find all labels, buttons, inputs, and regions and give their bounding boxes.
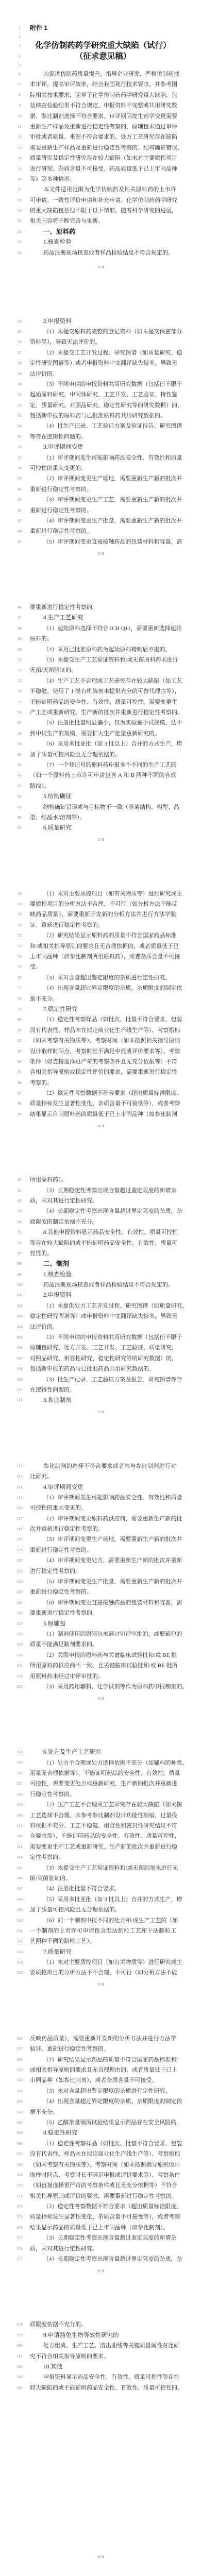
line-number: 12: [15, 132, 24, 142]
line-text: （如一个原料药上市许可申请包含 A 和 B 两种不同的合成: [30, 770, 176, 781]
document: 1附件 123化学仿制药药学研究重大缺陷（试行）4（征求意见稿）56为促进仿制药…: [0, 0, 202, 2576]
line-number: 151: [15, 1926, 24, 1936]
line-number: 92: [15, 1196, 24, 1206]
line-text: 原料的。: [30, 634, 176, 644]
document-page: 156反映药品质量），需要重新开发新的分析方法并进行方法学157验证、重新进行稳…: [0, 2004, 202, 2290]
line-text: （3）长期稳定性考察出现含量超过鉴定限度的新增杂: [30, 1185, 176, 1196]
line-text: （1）未对主要质控项目（如有关物质等）进行研究或主: [30, 889, 176, 899]
line-number: 75: [15, 962, 24, 972]
line-text: （4）生产工艺不合理或工艺研究存在较大缺陷（如工艺: [30, 676, 176, 686]
document-line: 181究不符合相关指导原则的要求。: [0, 2351, 202, 2362]
line-number: 167: [15, 2149, 24, 2159]
page-lines: 46要重新进行稳定性考察的。474.生产工艺研究48（1）起始原料选择不符合 I…: [0, 602, 202, 834]
document-line: 98二、制剂: [0, 1259, 202, 1269]
line-text: 参比制剂的选择不符合要求或者未与参比制剂进行对: [30, 1461, 176, 1471]
document-line: 18可申请、一致性评价申请和补充申请。化学仿制药药学研究: [0, 195, 202, 206]
document-line: 16等）等多种情形。: [0, 174, 202, 184]
line-number: 46: [15, 602, 24, 613]
line-number: 120: [15, 1545, 24, 1555]
line-text: （4）出现含量超过界定限度的杂质，杂质限度的制定依: [30, 2096, 176, 2107]
line-text: 受。: [30, 962, 176, 972]
line-number: 131: [15, 1660, 24, 1671]
line-text: （3）采用药用辅料、化学试剂等作为原料药申报制剂的。: [30, 1682, 176, 1692]
line-number: 15: [15, 164, 24, 174]
line-text: （1）未对主要质控项目（如有关物质等）进行研究或主: [30, 1957, 176, 1968]
line-number: 36: [15, 442, 24, 452]
line-text: （2）审评期间变更生产场地，需要重新生产新的批次并: [30, 473, 176, 484]
document-line: 150（6）同一个制剂申报不同的处方和/或生产工艺的（如: [0, 1916, 202, 1926]
line-text: （3）审评期间变更生产工艺，需要重新生产新的批次并: [30, 495, 176, 505]
line-number: 68: [15, 889, 24, 899]
document-line: 46要重新进行稳定性考察的。: [0, 602, 202, 613]
line-text: 一个制剂的上市许可申请包含湿法制粒工艺和干法制粒工: [30, 1926, 176, 1936]
document-line: 86考察的。: [0, 1078, 202, 1088]
document-line: 118次并重新进行稳定性考察的。: [0, 1524, 202, 1534]
line-text: 或相关指导原则的要求且无合理理由的，或者质量低于已上: [30, 2065, 176, 2075]
line-text: （2）研究结果显示药品的质量不符合国家药品标准和/: [30, 2055, 176, 2065]
document-line: 124重新进行稳定性考察的。: [0, 1587, 202, 1597]
document-line: 116可控性的重大变更的。: [0, 1503, 202, 1513]
document-line: 33包括新申报的原料药与已批准原料药共用研究数据的。: [0, 411, 202, 421]
line-text: 化学仿制药药学研究重大缺陷（试行）: [30, 40, 176, 52]
line-number: 177: [15, 2254, 24, 2264]
document-line: 61（7）一个登记号的原料药申报多个不同的生产工艺的: [0, 760, 202, 770]
document-line: 26资料等），导致无法评价的。: [0, 337, 202, 347]
line-number: 25: [15, 327, 24, 337]
line-number: 88: [15, 1098, 24, 1109]
document-line: 1144.审评期间变更: [0, 1482, 202, 1493]
line-number: 144: [15, 1852, 24, 1862]
line-text: 质，未对其进行定性研究。: [30, 1196, 176, 1206]
line-text: 用原料药未经过审评审批的。: [30, 1671, 176, 1682]
line-number: 98: [15, 1259, 24, 1269]
line-text: 8.稳定性研究: [30, 2128, 176, 2138]
document-line: 184较大缺陷的或不能证明药品安全性、有效性、质量可控性的。: [0, 2383, 202, 2393]
document-line: 161（3）未对含量超出鉴定限度的杂质进行定性研究。: [0, 2086, 202, 2096]
line-text: （1）稳定性考察样品（如批次、批量不符合要求、包装: [30, 2139, 176, 2149]
document-line: 50（2）采用已批准原料药为起始原料精制后申报的。: [0, 645, 202, 655]
line-text: （1）审评期间发生可能影响药品安全性、有效性和质量: [30, 453, 176, 463]
document-line: 75受。: [0, 962, 202, 972]
document-line: 15进行研究、杂质含量不可接受、药品质量低于已上市同品种: [0, 164, 202, 174]
line-text: 合相关指导原则或稳定性评价的要求，需要重新进行稳定性: [30, 1067, 176, 1077]
document-line: 177（4）长期稳定性考察出现含量超过界定限度的杂质，杂: [0, 2254, 202, 2264]
document-line: 57（5）注册批批量明显偏小，仅为实验室小试规模，达不: [0, 718, 202, 728]
line-text: 所用原料药）。: [30, 1175, 176, 1185]
line-text: 可控性的重大变更的。: [30, 1503, 176, 1513]
line-text: 到中试生产的规模，需要扩大生产批量重新研究的。: [30, 728, 176, 739]
document-line: 60加了质量可控风险且无合理依据的。: [0, 750, 202, 760]
document-line: 141料依据不充分、工艺不稳健、相容性和密封性研究结果不符: [0, 1821, 202, 1831]
line-text: 申报资料显示药品安全性、有效性、质量可控性等存在: [30, 2372, 176, 2382]
page-lines: 1346.处方及生产工艺研究135（1）处方不合理或处方选择依据不充分（如辅料的…: [0, 1747, 202, 1978]
line-text: （4）长期稳定性考察出现含量超过界定限度的杂质，杂: [30, 2254, 176, 2264]
document-line: 77（4）出现含量超过界定限度的杂质，杂质限度的制定依: [0, 983, 202, 993]
document-line: 83设计取样时间点、考察时长不满足申报或评价要求等）、考察: [0, 1046, 202, 1057]
line-text: 据不充分。: [30, 994, 176, 1004]
line-number: 123: [15, 1577, 24, 1587]
line-text: 加了质量可控风险且无合理依据的。: [30, 1905, 176, 1915]
line-text: 质量指标发生显著性变化、杂质含量不可接受等），或者考察: [30, 2212, 176, 2222]
document-line: 163据不充分。: [0, 2107, 202, 2117]
document-line: 93（4）长期稳定性考察出现含量超过界定限度的杂质，杂: [0, 1206, 202, 1216]
line-text: （5）审评期间变更生产批量，需要重新生产新的批次并: [30, 1577, 176, 1587]
document-line: 140工艺选择不合理、未参考参比制剂设计功能性刻痕、过量投: [0, 1810, 202, 1821]
document-page: 178质限度依据不充分的。1799.申请豁免生物等效性研究的180处方组成、生产…: [0, 2290, 202, 2576]
document-line: 363.审评期间变更: [0, 442, 202, 452]
document-line: 103稳定性研究图谱等）或申报资料中文翻译缺失较多，导致无: [0, 1311, 202, 1321]
line-text: 附件 1: [30, 24, 176, 32]
line-number: 16: [15, 174, 24, 184]
document-line: 171相关指导原则或评价的要求，需要重新进行稳定性考察的。: [0, 2191, 202, 2201]
line-number: 50: [15, 645, 24, 655]
document-line: 9括核查检验结果不符合规定、申报资料不完整或共用研究数: [0, 100, 202, 111]
document-line: 142合要求等），不能证明药品的安全性、有效性、质量可控性，: [0, 1831, 202, 1841]
line-text: （如直接选择更严苛的考察条件或且无充分依据等）不符合: [30, 2180, 176, 2191]
line-number: 81: [15, 1025, 24, 1036]
line-text: 6.质量研究: [30, 823, 176, 833]
line-text: （6）采用多批亚批（如 3 批以上）合并的方式生产，增: [30, 739, 176, 749]
line-number: 183: [15, 2372, 24, 2382]
document-line: 8际相关技术要求，起草了化学仿制药药学研究重大缺陷，包: [0, 90, 202, 100]
line-text: 际相关技术要求，起草了化学仿制药药学研究重大缺陷，包: [30, 90, 176, 100]
line-number: 119: [15, 1534, 24, 1545]
line-number: 141: [15, 1821, 24, 1831]
document-line: 1346.处方及生产工艺研究: [0, 1747, 202, 1757]
document-line: 85合相关指导原则或稳定性评价的要求，需要重新进行稳定性: [0, 1067, 202, 1077]
document-line: 14质量研究及稳定性研究存在较大缺陷（如未对主要质控项目: [0, 153, 202, 163]
document-line: 178质限度依据不充分的。: [0, 2319, 202, 2330]
line-text: 法评价的。: [30, 1322, 176, 1332]
document-line: 80（1）稳定性考察样品（如批次、批量不符合要求、包装: [0, 1014, 202, 1025]
document-line: 38可控性的重大变更的。: [0, 463, 202, 473]
document-line: 28定性研究图谱等）或者申报资料中文翻译缺失较多，导致无: [0, 358, 202, 368]
line-number: 157: [15, 2044, 24, 2054]
line-number: 26: [15, 337, 24, 347]
line-number: 163: [15, 2107, 24, 2117]
line-text: （3）未提交生产工艺验证资料和/或无菌原料药未进行: [30, 655, 176, 665]
line-text: 进行稳定性考察的。: [30, 1566, 176, 1577]
line-number: 1: [15, 24, 24, 32]
line-number: 153: [15, 1947, 24, 1957]
document-line: 12审批或者质量、来源不符合要求的、处方工艺研究存在缺陷: [0, 132, 202, 142]
document-line: 62（如一个原料药上市许可申请包含 A 和 B 两种不同的合成: [0, 770, 202, 781]
line-text: 验证、重新进行稳定性考察的。: [30, 2044, 176, 2054]
line-text: 重新进行稳定性考察的。: [30, 1587, 176, 1597]
line-number: 5: [15, 61, 24, 69]
document-line: 84条件（如直接选择更严苛的考察条件且无充分依据等）不符: [0, 1057, 202, 1067]
document-line: 48（1）起始原料选择不符合 ICH Q11，需要重新选择起始: [0, 623, 202, 634]
line-number: 154: [15, 1957, 24, 1968]
line-number: 74: [15, 952, 24, 962]
line-number: 58: [15, 728, 24, 739]
line-number: 100: [15, 1280, 24, 1290]
line-text: 2.申报资料: [30, 316, 176, 327]
document-line: 7术审评，提高审评效率，结合我国现行技术要求，并参考国: [0, 79, 202, 90]
line-number: 42: [15, 505, 24, 516]
line-text: 要重新进行稳定性考察的。: [30, 1608, 176, 1618]
page-lines: 1附件 123化学仿制药药学研究重大缺陷（试行）4（征求意见稿）56为促进仿制药…: [0, 24, 202, 258]
line-text: 控性的。: [30, 1248, 176, 1259]
line-number: 52: [15, 665, 24, 675]
document-line: 123（5）审评期间变更生产批量，需要重新生产新的批次并: [0, 1577, 202, 1587]
document-line: 110在逻辑性问题的。: [0, 1385, 202, 1395]
page-number: 5/9: [0, 1410, 202, 1414]
line-number: 59: [15, 739, 24, 749]
line-number: 109: [15, 1375, 24, 1385]
line-number: 41: [15, 495, 24, 505]
document-line: 76（3）未对含量超出鉴定限度的杂质进行定性研究。: [0, 973, 202, 983]
document-line: 131所用原料药供应商不一致，且关键临床试验批和/或 BE 批所: [0, 1660, 202, 1671]
document-line: 645.结构确证: [0, 791, 202, 802]
line-text: 4.生产工艺研究: [30, 613, 176, 623]
document-line: 162（4）出现含量超过界定限度的杂质，杂质限度的制定依: [0, 2096, 202, 2107]
line-number: 175: [15, 2233, 24, 2243]
line-text: 处方组成、生产工艺、溶出曲线等关键质量属性对比研: [30, 2341, 176, 2351]
document-line: 138行稳定性考察的。: [0, 1789, 202, 1800]
line-text: 等存在较大缺陷的或不能证明药品安全性、有效性、质量可: [30, 1238, 176, 1248]
line-text: 映药品质量），需要重新开发新的分析方法并进行方法学验: [30, 909, 176, 920]
line-text: （3）未提交生产工艺验证资料和/或无菌制剂未进行无: [30, 1863, 176, 1873]
document-line: 20相关内容将不断完善与更新。: [0, 216, 202, 226]
document-line: 1012.申报资料: [0, 1290, 202, 1300]
document-line: 89结果显示自制原料药的质量低于已上市同品种（如参比制剂: [0, 1109, 202, 1120]
page-number: 7/9: [0, 1982, 202, 1987]
document-line: 74上市同品种（如参比制剂所用原料药），或者杂质含量不可接: [0, 952, 202, 962]
document-line: 108包括新申报的药品与已批准药品共用研究数据的。: [0, 1364, 202, 1374]
line-text: （4）批生产记录、工艺验证方案及验证报告、研究图谱: [30, 421, 176, 431]
line-text: 1.核查检验: [30, 1269, 176, 1280]
line-text: 可申请、一致性评价申请和补充申请。化学仿制药药学研究: [30, 195, 176, 206]
line-number: 78: [15, 994, 24, 1004]
line-number: 77: [15, 983, 24, 993]
document-line: 105（2）不同申请的申报资料共用研究数据（包括但不限于: [0, 1332, 202, 1343]
line-number: 28: [15, 358, 24, 368]
document-line: 73和/或相关指导原则的要求且无合理依据的，或者质量低于已: [0, 941, 202, 952]
document-line: 180处方组成、生产工艺、溶出曲线等关键质量属性对比研: [0, 2341, 202, 2351]
line-number: 47: [15, 613, 24, 623]
line-text: 上市同品种（如参比制剂所用原料药），或者杂质含量不可接: [30, 952, 176, 962]
document-line: 168（如未考察有关物质等）、考察时间（如未按照指导原则设计: [0, 2160, 202, 2170]
line-number: 152: [15, 1936, 24, 1946]
line-number: 99: [15, 1269, 24, 1280]
line-text: （4）注册批批量不符合要求。: [30, 1884, 176, 1894]
document-line: 166（1）稳定性考察样品（如批次、批量不符合要求、包装: [0, 2139, 202, 2149]
document-line: 44重新进行稳定性考察的。: [0, 526, 202, 536]
document-line: 19的重大缺陷包括但不限于以下情形，随着科学研究的进展，: [0, 206, 202, 216]
line-text: 质量研究及稳定性研究存在较大缺陷（如未对主要质控项目: [30, 153, 176, 163]
line-text: 4.审评期间变更: [30, 1482, 176, 1493]
document-line: 72（2）研究结果显示原料药的质量不符合国家药品标准: [0, 930, 202, 941]
line-number: 60: [15, 750, 24, 760]
line-text: 7.质量研究: [30, 1947, 176, 1957]
line-number: 140: [15, 1810, 24, 1821]
document-line: 160市同品种（如参比制剂），或者杂质含量不可接受。: [0, 2075, 202, 2086]
document-line: 174结果显示药品的质量低于已上市同品种（如参比制剂）。: [0, 2223, 202, 2233]
line-number: 38: [15, 463, 24, 473]
line-number: 135: [15, 1758, 24, 1768]
line-number: 155: [15, 1968, 24, 1978]
line-number: 85: [15, 1067, 24, 1077]
line-text: 结构确证错误或与目标物不一致（骨架结构、构型、晶: [30, 802, 176, 812]
line-number: 94: [15, 1217, 24, 1227]
document-line: 128（1）制剂使用的原辅包未通过审评审批的，或原辅包的: [0, 1629, 202, 1639]
line-number: 22: [15, 237, 24, 247]
document-line: 3化学仿制药药学研究重大缺陷（试行）: [0, 40, 202, 52]
document-page: 68（1）未对主要质控项目（如有关物质等）进行研究或主69要质控项目的分析方法不…: [0, 859, 202, 1145]
line-number: 106: [15, 1343, 24, 1353]
line-text: （6）同一个制剂申报不同的处方和/或生产工艺的（如: [30, 1916, 176, 1926]
line-text: （5）乙醇剂量倾泻试验结果显示药品存在安全风险的。: [30, 2117, 176, 2128]
line-text: （如未考察有关物质等）、考察时间（如未按照相关指导原则: [30, 1036, 176, 1046]
line-number: 39: [15, 473, 24, 484]
line-number: 176: [15, 2244, 24, 2254]
line-number: 115: [15, 1493, 24, 1503]
line-text: 3.审评期间变更: [30, 442, 176, 452]
line-number: 138: [15, 1789, 24, 1800]
document-line: 122进行稳定性考察的。: [0, 1566, 202, 1577]
line-number: 83: [15, 1046, 24, 1057]
document-line: 100药品注册现场核查或者样品检验结果不符合规定的。: [0, 1280, 202, 1290]
document-line: 29法评价的。: [0, 369, 202, 379]
line-text: 1.核查检验: [30, 237, 176, 247]
line-text: 可控性，需要变更处方或重新研究、生产新的批次并重新进: [30, 1778, 176, 1789]
line-number: 62: [15, 770, 24, 781]
line-number: 159: [15, 2065, 24, 2075]
line-number: 32: [15, 400, 24, 411]
document-line: 183申报资料显示药品安全性、有效性、质量可控性等存在: [0, 2372, 202, 2382]
line-text: （3）未对含量超出鉴定限度的杂质进行定性研究。: [30, 2086, 176, 2096]
line-text: （1）未提交原料药完整的登记资料（如未提交保密部分: [30, 327, 176, 337]
line-text: 法评价的。: [30, 369, 176, 379]
line-number: 122: [15, 1566, 24, 1577]
line-number: 104: [15, 1322, 24, 1332]
document-line: 156反映药品质量），需要重新开发新的分析方法并进行方法学: [0, 2033, 202, 2044]
line-number: 169: [15, 2170, 24, 2180]
line-text: 合要求等），不能证明药品的安全性、有效性、质量可控性，: [30, 1831, 176, 1841]
line-number: 67: [15, 823, 24, 833]
line-text: 菌/灭菌验证的。: [30, 1873, 176, 1884]
line-number: 150: [15, 1916, 24, 1926]
document-line: 109（3）批生产记录、工艺验证方案及报告、研究图谱等存: [0, 1375, 202, 1385]
document-line: 1附件 1: [0, 24, 202, 32]
line-text: （2）研究结果显示原料药的质量不符合国家药品标准: [30, 930, 176, 941]
line-number: 108: [15, 1364, 24, 1374]
line-text: 重新进行稳定性考察的。: [30, 484, 176, 495]
page-number: 4/9: [0, 1124, 202, 1128]
document-line: 157验证、重新进行稳定性考察的。: [0, 2044, 202, 2054]
line-text: 没有代表性、样品未在拟定商业化生产线生产等）、考察指标: [30, 2149, 176, 2159]
document-line: 63路线）。: [0, 781, 202, 791]
line-number: 139: [15, 1800, 24, 1810]
line-text: 质限度的制定依据不充分。: [30, 1217, 176, 1227]
line-number: 65: [15, 802, 24, 812]
document-line: 164（5）乙醇剂量倾泻试验结果显示药品存在安全风险的。: [0, 2117, 202, 2128]
line-number: 86: [15, 1078, 24, 1088]
document-line: 51（3）未提交生产工艺验证资料和/或无菌原料药未进行: [0, 655, 202, 665]
line-text: 证、重新进行稳定性考察的。: [30, 920, 176, 930]
document-line: 106原辅包研究、处方开发、工艺开发、工艺验证、质量研究、: [0, 1343, 202, 1353]
line-number: 174: [15, 2223, 24, 2233]
document-line: 21一、原料药: [0, 227, 202, 237]
line-text: 在逻辑性问题的。: [30, 1385, 176, 1395]
document-line: 147（4）注册批批量不符合要求。: [0, 1884, 202, 1894]
line-number: 128: [15, 1629, 24, 1639]
line-number: 143: [15, 1842, 24, 1852]
document-line: 92质，未对其进行定性研究。: [0, 1196, 202, 1206]
document-line: 31起始原料研究、中间体研究、工艺开发、工艺验证、特性鉴: [0, 389, 202, 400]
line-text: （1）处方不合理或处方选择依据不充分（如辅料的种类、: [30, 1758, 176, 1768]
line-number: 111: [15, 1395, 24, 1405]
line-text: （1）起始原料选择不符合 ICH Q11，需要重新选择起始: [30, 623, 176, 634]
line-text: （7）一个登记号的原料药申报多个不同的生产工艺的: [30, 760, 176, 770]
document-line: 23药品注册现场核查或者样品检验结果不符合规定的。: [0, 248, 202, 258]
line-text: 究不符合相关指导原则的要求。: [30, 2351, 176, 2362]
document-page: 90所用原料药）。91（3）长期稳定性考察出现含量超过鉴定限度的新增杂92质，未…: [0, 1145, 202, 1431]
line-number: 48: [15, 623, 24, 634]
line-number: 37: [15, 453, 24, 463]
document-line: 135（1）处方不合理或处方选择依据不充分（如辅料的种类、: [0, 1758, 202, 1768]
document-page: 1附件 123化学仿制药药学研究重大缺陷（试行）4（征求意见稿）56为促进仿制药…: [0, 0, 202, 286]
line-text: （如未考察有关物质等）、考察时间（如未按照指导原则设计: [30, 2160, 176, 2170]
line-number: 71: [15, 920, 24, 930]
line-text: 行稳定性考察的。: [30, 1789, 176, 1800]
line-text: 要重新进行稳定性考察的。: [30, 602, 176, 613]
line-number: 130: [15, 1650, 24, 1660]
document-line: 32定、质量研究、对照品研究、稳定性研究等的研究数据）的，: [0, 400, 202, 411]
line-number: 69: [15, 899, 24, 909]
line-number: 161: [15, 2086, 24, 2096]
page-number: 9/9: [0, 2554, 202, 2559]
document-line: 91（3）长期稳定性考察出现含量超过鉴定限度的新增杂: [0, 1185, 202, 1196]
document-line: 39（2）审评期间变更生产场地，需要重新生产新的批次并: [0, 473, 202, 484]
document-line: 119（3）审评期间变更生产场地，需要重新生产新的批次并: [0, 1534, 202, 1545]
line-number: 73: [15, 941, 24, 952]
line-number: 93: [15, 1206, 24, 1216]
document-line: 144定性考察的。: [0, 1852, 202, 1862]
document-line: 130（2）关联申报的原料药与关键临床试验批和/或 BE 批: [0, 1650, 202, 1660]
line-number: 13: [15, 143, 24, 153]
line-number: 57: [15, 718, 24, 728]
document-line: 120重新进行稳定性考察的。: [0, 1545, 202, 1555]
document-line: 112参比制剂的选择不符合要求或者未与参比制剂进行对: [0, 1461, 202, 1471]
line-text: 包括新申报的药品与已批准药品共用研究数据的。: [30, 1364, 176, 1374]
line-text: （3）不同申请的申报资料共用研究数据（包括但不限于: [30, 379, 176, 389]
line-number: 11: [15, 122, 24, 132]
page-lines: 156反映药品质量），需要重新开发新的分析方法并进行方法学157验证、重新进行稳…: [0, 2033, 202, 2265]
document-line: 45（5）审评期间变更直接接触药品的包装材料和容器，需: [0, 537, 202, 547]
document-line: 69要质控项目的分析方法不合理、不可行（如分析方法不能反: [0, 899, 202, 909]
line-number: 4: [15, 52, 24, 61]
line-text: 5.原辅包: [30, 1619, 176, 1629]
line-number: 80: [15, 1014, 24, 1025]
document-line: 42重新进行稳定性考察的。: [0, 505, 202, 516]
document-line: 146菌/灭菌验证的。: [0, 1873, 202, 1884]
line-text: 可控性的重大变更的。: [30, 463, 176, 473]
page-lines: 90所用原料药）。91（3）长期稳定性考察出现含量超过鉴定限度的新增杂92质，未…: [0, 1175, 202, 1406]
line-number: 87: [15, 1088, 24, 1098]
line-number: 168: [15, 2160, 24, 2170]
document-line: 172（2）稳定性考察数据不符合要求（超出质量标准限度、: [0, 2201, 202, 2212]
document-line: 11重新生产样品及重新进行稳定性考察的、原辅包未通过审评: [0, 122, 202, 132]
line-text: 据不充分。: [30, 2107, 176, 2117]
document-line: 27（2）未提交工艺开发过程、研究图谱（如质量研究、稳: [0, 348, 202, 358]
page-number: 8/9: [0, 2268, 202, 2273]
line-text: 定、质量研究、对照品研究、稳定性研究等的研究数据）的，: [30, 400, 176, 411]
line-number: 101: [15, 1290, 24, 1300]
line-text: （2）稳定性考察数据不符合要求（超出质量标准限度、: [30, 2201, 176, 2212]
line-number: 43: [15, 516, 24, 526]
